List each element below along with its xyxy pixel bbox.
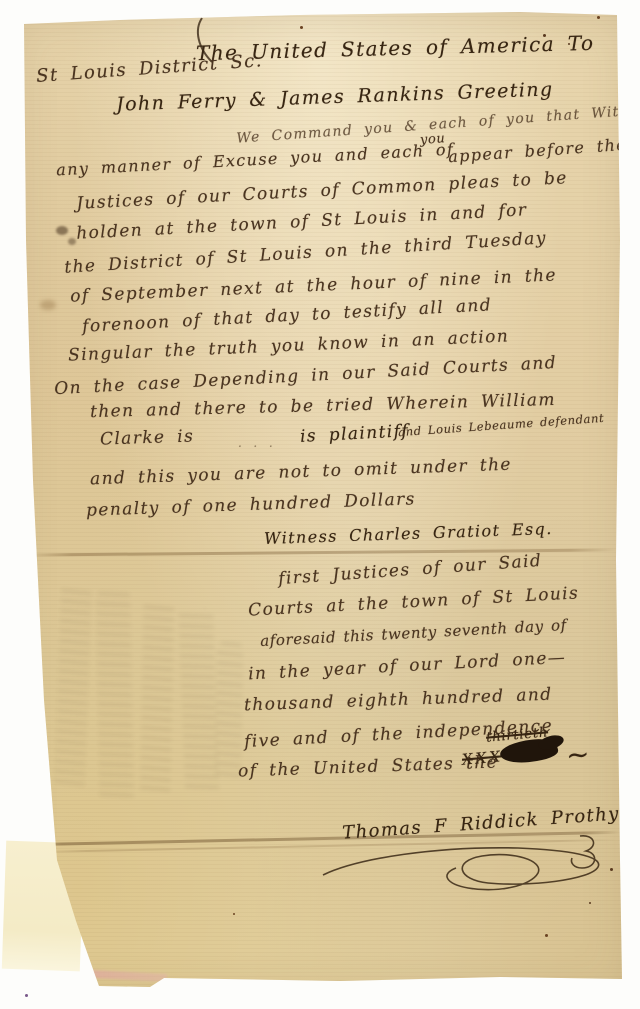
scanned-document-page: { "palette": { "paper_color": "#e2cda2",…: [0, 0, 640, 1009]
clarke-name: Clarke is: [100, 426, 195, 449]
witness-line: Courts at the town of St Louis: [248, 583, 580, 620]
stain-spot: [68, 238, 76, 245]
struck-numeral: XXX: [461, 747, 503, 769]
clarke-dots: . . .: [238, 436, 274, 450]
manuscript-paper: The United States of America To St Louis…: [0, 0, 640, 1009]
witness-line: Witness Charles Gratiot Esq.: [264, 519, 553, 548]
excuse-line-b: appear before the: [448, 135, 628, 166]
bleed-through-ghost: [140, 600, 173, 796]
fly-speck: [300, 26, 303, 29]
greeting-line: John Ferry & James Rankins Greeting: [116, 78, 554, 115]
signature-flourish: [318, 830, 618, 905]
stain-spot: [56, 226, 68, 235]
fly-speck: [25, 994, 28, 997]
defendant-text: and Louis Lebeaume defendant: [398, 411, 605, 439]
excuse-line-a: any manner of Excuse you and each of: [56, 140, 455, 180]
ink-mark: [9, 115, 23, 134]
witness-line: first Justices of our Said: [278, 551, 543, 589]
stain-spot: [40, 300, 56, 310]
witness-line: thousand eighth hundred and: [244, 685, 553, 716]
fly-speck: [233, 913, 235, 915]
bleed-through-ghost: [179, 607, 219, 794]
body-line: then and there to be tried Wherein Willi…: [90, 390, 556, 422]
witness-line: in the year of our Lord one—: [248, 648, 567, 685]
inserted-word: you: [420, 131, 446, 148]
fly-speck: [545, 934, 548, 937]
omit-line: and this you are not to omit under the: [90, 455, 512, 490]
omit-line: penalty of one hundred Dollars: [86, 489, 416, 520]
district-line: St Louis District Sc.: [36, 50, 264, 87]
bleed-through-ghost: [96, 590, 134, 803]
fly-speck: [597, 16, 600, 19]
witness-line: of the United States the: [238, 752, 499, 781]
witness-line: aforesaid this twenty seventh day of: [260, 616, 568, 650]
bleed-through-ghost: [54, 585, 91, 791]
flourish-mark: ~: [565, 737, 592, 772]
plaintiff-text: is plaintiff: [300, 421, 410, 447]
